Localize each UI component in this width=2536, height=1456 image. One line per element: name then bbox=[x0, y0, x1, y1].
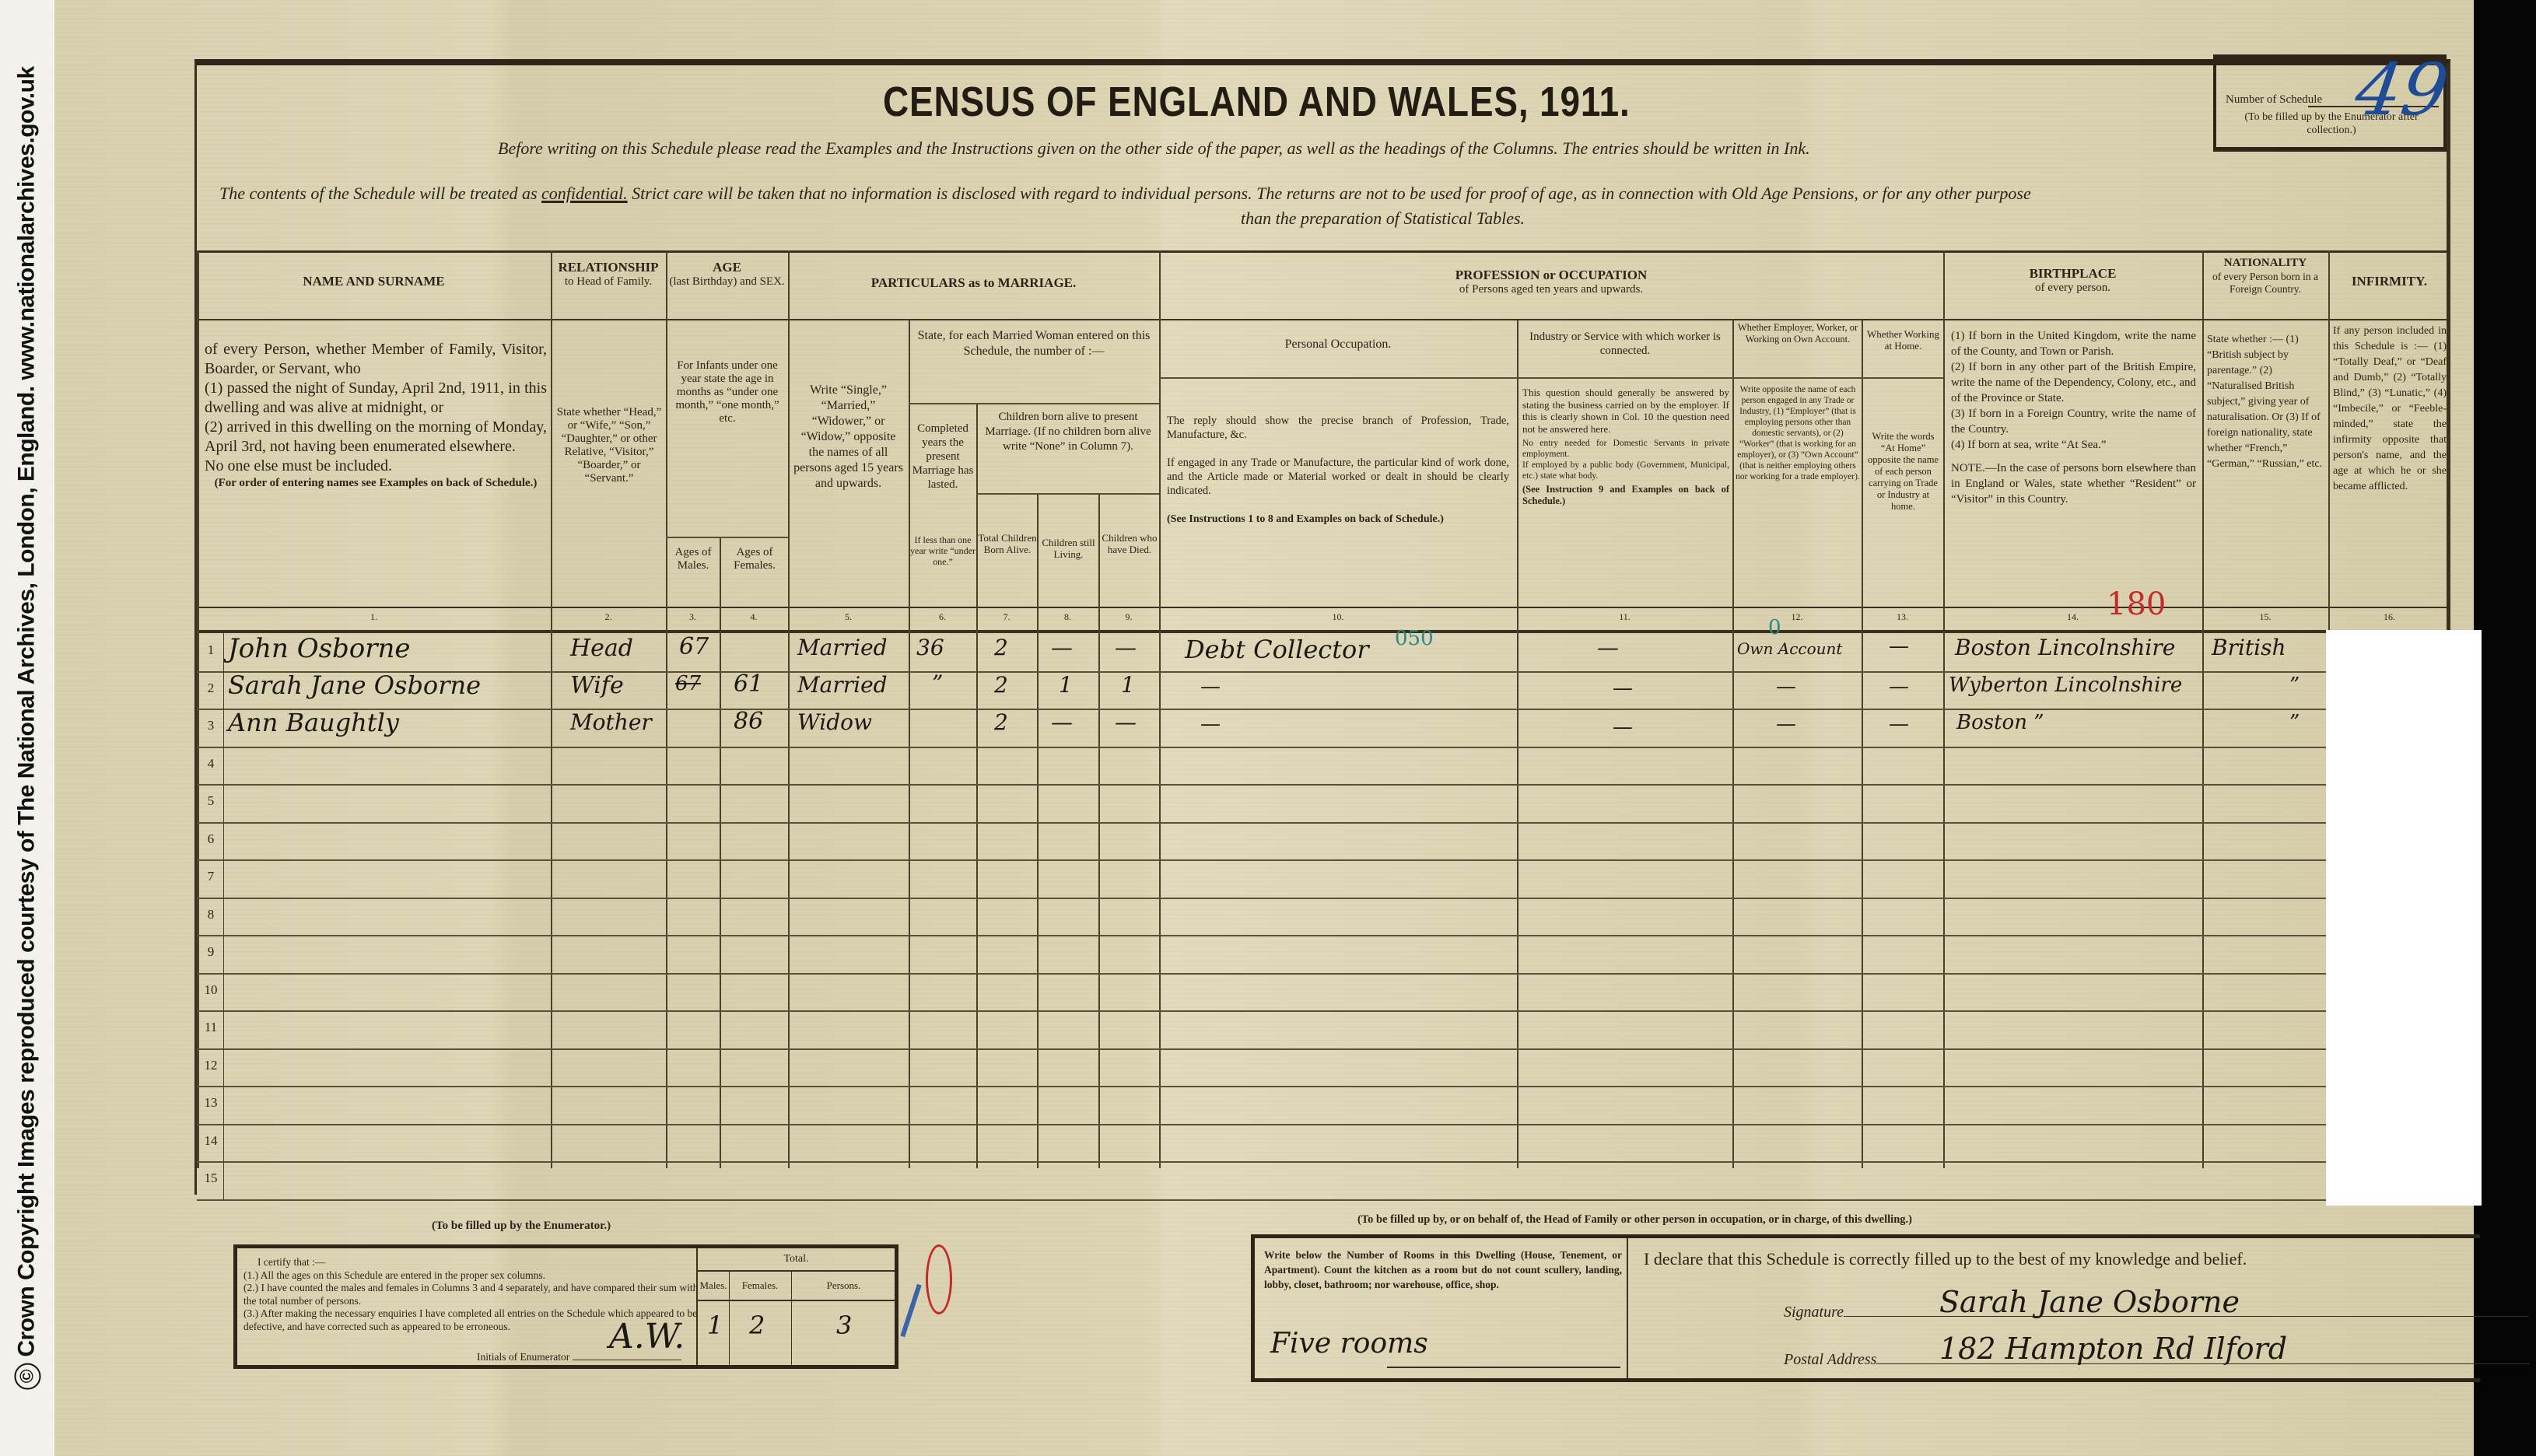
entry-name[interactable]: John Osborne bbox=[228, 633, 411, 664]
row-number: 13 bbox=[201, 1095, 220, 1111]
col-birthplace-note: NOTE.—In the case of persons born elsewh… bbox=[1951, 460, 2196, 507]
row-rule bbox=[197, 973, 2450, 975]
col-children-died: Children who have Died. bbox=[1100, 532, 1159, 555]
rooms-count[interactable]: Five rooms bbox=[1270, 1328, 1428, 1360]
row-number: 3 bbox=[201, 718, 220, 733]
entry-occupation[interactable]: — bbox=[1200, 712, 1221, 736]
address-label: Postal Address bbox=[1784, 1351, 1876, 1368]
scan-border bbox=[2474, 0, 2536, 1456]
entry-employer-status[interactable]: — bbox=[1776, 675, 1796, 698]
entry-children-living[interactable]: — bbox=[1051, 635, 1073, 660]
entry-children-total[interactable]: 2 bbox=[994, 709, 1008, 735]
row-number: 4 bbox=[201, 756, 220, 772]
rooms-box: Write below the Number of Rooms in this … bbox=[1255, 1238, 1628, 1378]
col-children-living: Children still Living. bbox=[1039, 537, 1098, 560]
col-number: 5. bbox=[788, 611, 909, 623]
col-marriage-years-note: If less than one year write “under one.” bbox=[910, 534, 976, 567]
col-nationality-subtitle: of every Person born in a Foreign Countr… bbox=[2202, 271, 2328, 296]
col-children-total: Total Children Born Alive. bbox=[978, 532, 1037, 555]
row-number: 8 bbox=[201, 907, 220, 922]
confidential-word: confidential. bbox=[541, 184, 628, 203]
entry-occupation[interactable]: — bbox=[1200, 675, 1221, 698]
total-females[interactable]: 2 bbox=[749, 1311, 765, 1340]
entry-birthplace[interactable]: Boston Lincolnshire bbox=[1955, 635, 2175, 660]
rooms-instruction: Write below the Number of Rooms in this … bbox=[1264, 1248, 1622, 1292]
entry-children-total[interactable]: 2 bbox=[994, 635, 1008, 660]
copyright-strip: ©Crown Copyright Images reproduced court… bbox=[0, 0, 54, 1456]
col-name-instructions: of every Person, whether Member of Famil… bbox=[205, 340, 547, 490]
enumerator-certificate-box: I certify that :— (1.) All the ages on t… bbox=[233, 1244, 898, 1369]
entry-nationality[interactable]: ” bbox=[2289, 711, 2300, 734]
row-rule bbox=[197, 1199, 2450, 1201]
entry-children-total[interactable]: 2 bbox=[994, 672, 1008, 698]
row-number: 1 bbox=[201, 642, 220, 658]
table-top-rule bbox=[197, 250, 2450, 253]
subheader-rule bbox=[1159, 377, 1943, 379]
entry-children-died[interactable]: 1 bbox=[1121, 672, 1135, 698]
birthplace-code-annotation: 180 bbox=[2107, 586, 2166, 622]
entry-employer-status[interactable]: — bbox=[1776, 712, 1796, 736]
certify-item-2: (2.) I have counted the males and female… bbox=[243, 1282, 702, 1307]
address-value[interactable]: 182 Hampton Rd Ilford bbox=[1939, 1332, 2287, 1366]
row-number: 15 bbox=[201, 1171, 220, 1186]
col-home-instructions: Write the words “At Home” opposite the n… bbox=[1865, 431, 1942, 513]
col-home: Whether Working at Home. bbox=[1863, 328, 1943, 352]
row-rule bbox=[197, 898, 2450, 899]
row-number-border bbox=[223, 633, 224, 1199]
row-number: 5 bbox=[201, 793, 220, 809]
col-industry-body-1: This question should generally be answer… bbox=[1522, 387, 1729, 435]
subheader-rule bbox=[909, 403, 1159, 404]
row-number: 6 bbox=[201, 831, 220, 847]
col-number: 11. bbox=[1517, 611, 1732, 623]
col-personal-occupation: Personal Occupation. bbox=[1159, 338, 1517, 352]
col-relationship-header: RELATIONSHIP to Head of Family. bbox=[551, 260, 666, 289]
col-age-header: AGE (last Birthday) and SEX. bbox=[666, 260, 788, 289]
signature-label: Signature bbox=[1784, 1304, 1844, 1321]
row-rule bbox=[197, 1010, 2450, 1012]
entry-age-female[interactable]: 86 bbox=[734, 708, 763, 735]
col-number: 4. bbox=[720, 611, 788, 623]
row-rule bbox=[197, 1048, 2450, 1050]
entry-at-home[interactable]: — bbox=[1889, 675, 1909, 698]
col-age-instructions: For Infants under one year state the age… bbox=[670, 359, 785, 425]
entry-occupation[interactable]: Debt Collector bbox=[1185, 635, 1369, 664]
copyright-icon: © bbox=[15, 1363, 41, 1390]
subheader-rule bbox=[666, 537, 788, 538]
col-age-title: AGE bbox=[666, 260, 788, 275]
enumerator-heading: (To be filled up by the Enumerator.) bbox=[432, 1220, 611, 1233]
col-employer-instructions: Write opposite the name of each person e… bbox=[1736, 384, 1860, 482]
col-personal-body-3: (See Instructions 1 to 8 and Examples on… bbox=[1167, 512, 1509, 527]
entry-children-died[interactable]: — bbox=[1115, 635, 1137, 660]
confidential-notice-line2: than the preparation of Statistical Tabl… bbox=[1241, 208, 1525, 229]
row-number: 7 bbox=[201, 869, 220, 884]
col-age-subtitle: (last Birthday) and SEX. bbox=[666, 275, 788, 289]
enumerator-certification: I certify that :— (1.) All the ages on t… bbox=[243, 1256, 702, 1333]
schedule-number-box: Number of Schedule (To be filled up by t… bbox=[2213, 54, 2447, 152]
females-label: Females. bbox=[729, 1279, 791, 1292]
subheader-rule bbox=[976, 493, 1159, 495]
col-number: 8. bbox=[1037, 611, 1098, 623]
certify-item-1: (1.) All the ages on this Schedule are e… bbox=[243, 1269, 702, 1283]
row-number: 14 bbox=[201, 1133, 220, 1149]
col-occupation-header: PROFESSION or OCCUPATION of Persons aged… bbox=[1159, 268, 1943, 296]
row-rule bbox=[197, 935, 2450, 936]
persons-label: Persons. bbox=[791, 1279, 896, 1292]
col-border bbox=[1732, 319, 1734, 1168]
entry-condition[interactable]: Married bbox=[797, 672, 888, 698]
red-circle-mark-icon bbox=[926, 1244, 952, 1314]
col-name-rule-2: (2) arrived in this dwelling on the morn… bbox=[205, 418, 547, 457]
col-nationality-instructions: State whether :— (1) “British subject by… bbox=[2207, 332, 2325, 472]
col-relationship-subtitle: to Head of Family. bbox=[551, 275, 666, 289]
col-marriage-years: Completed years the present Marriage has… bbox=[910, 422, 976, 492]
total-label: Total. bbox=[698, 1253, 895, 1265]
col-infirmity-instructions: If any person included in this Schedule … bbox=[2333, 324, 2447, 495]
head-declaration-box: Write below the Number of Rooms in this … bbox=[1251, 1234, 2480, 1382]
col-border bbox=[1037, 493, 1039, 1168]
row-rule bbox=[197, 822, 2450, 824]
entry-children-died[interactable]: — bbox=[1115, 709, 1137, 735]
col-number: 1. bbox=[197, 611, 551, 623]
entry-condition[interactable]: Widow bbox=[797, 709, 872, 735]
entry-birthplace[interactable]: Wyberton Lincolnshire bbox=[1949, 674, 2182, 697]
col-border bbox=[1862, 319, 1863, 1168]
col-personal-occupation-instructions: The reply should show the precise branch… bbox=[1167, 414, 1509, 527]
col-name-intro: of every Person, whether Member of Famil… bbox=[205, 340, 547, 379]
row-number: 9 bbox=[201, 944, 220, 960]
declaration-text: I declare that this Schedule is correctl… bbox=[1644, 1249, 2247, 1269]
entry-relationship[interactable]: Mother bbox=[570, 709, 652, 735]
page-title: CENSUS OF ENGLAND AND WALES, 1911. bbox=[883, 78, 1631, 126]
col-number: 3. bbox=[666, 611, 720, 623]
col-name-title: NAME AND SURNAME bbox=[197, 274, 551, 289]
entry-at-home[interactable]: — bbox=[1889, 712, 1909, 736]
col-relationship-instructions: State whether “Head,” or “Wife,” “Son,” … bbox=[555, 406, 664, 485]
col-border bbox=[976, 403, 978, 1168]
col-number: 9. bbox=[1098, 611, 1159, 623]
head-section-heading: (To be filled up by, or on behalf of, th… bbox=[1357, 1213, 1912, 1227]
entry-nationality[interactable]: British bbox=[2212, 635, 2286, 660]
signature-value[interactable]: Sarah Jane Osborne bbox=[1939, 1285, 2240, 1319]
certify-intro: I certify that :— bbox=[243, 1256, 702, 1269]
row-rule bbox=[197, 671, 2450, 673]
col-border bbox=[1517, 319, 1518, 1168]
col-marriage-condition: Write “Single,” “Married,” “Widower,” or… bbox=[792, 383, 905, 492]
total-persons[interactable]: 3 bbox=[836, 1311, 852, 1340]
row-rule bbox=[197, 747, 2450, 748]
confidential-suffix: Strict care will be taken that no inform… bbox=[628, 184, 2031, 203]
entry-industry[interactable]: — bbox=[1613, 716, 1633, 739]
col-relationship-title: RELATIONSHIP bbox=[551, 260, 666, 275]
row-rule bbox=[197, 859, 2450, 861]
entry-relationship[interactable]: Head bbox=[570, 635, 633, 662]
col-nationality-header: NATIONALITY of every Person born in a Fo… bbox=[2202, 255, 2328, 296]
entry-name[interactable]: Sarah Jane Osborne bbox=[228, 670, 481, 700]
col-industry: Industry or Service with which worker is… bbox=[1519, 330, 1731, 358]
col-personal-body-2: If engaged in any Trade or Manufacture, … bbox=[1167, 456, 1509, 498]
col-infirmity-title: INFIRMITY. bbox=[2328, 274, 2450, 289]
confidential-prefix: The contents of the Schedule will be tre… bbox=[219, 184, 541, 203]
col-birthplace-body-2: (2) If born in any other part of the Bri… bbox=[1951, 359, 2196, 406]
col-number: 16. bbox=[2328, 611, 2450, 623]
entry-years-married[interactable]: 36 bbox=[916, 635, 944, 660]
col-name-rule-1: (1) passed the night of Sunday, April 2n… bbox=[205, 379, 547, 418]
entry-relationship[interactable]: Wife bbox=[570, 672, 624, 699]
col-age-females: Ages of Females. bbox=[721, 546, 788, 572]
col-employer: Whether Employer, Worker, or Working on … bbox=[1734, 322, 1862, 345]
totals-table: Total. Males. Females. Persons. 1 2 3 bbox=[696, 1248, 895, 1365]
col-name-rule-3: No one else must be included. bbox=[205, 457, 547, 476]
col-number: 6. bbox=[909, 611, 976, 623]
col-nationality-title: NATIONALITY bbox=[2202, 255, 2328, 271]
entry-age-male[interactable]: 67 bbox=[679, 633, 709, 660]
row-number: 2 bbox=[201, 681, 220, 696]
entry-years-married[interactable]: ” bbox=[932, 670, 943, 696]
row-rule bbox=[197, 1086, 2450, 1087]
row-number: 12 bbox=[201, 1058, 220, 1073]
col-birthplace-body-1: (1) If born in the United Kingdom, write… bbox=[1951, 328, 2196, 359]
schedule-frame bbox=[194, 59, 2450, 1195]
redacted-area bbox=[2326, 630, 2482, 1206]
copyright-text: Crown Copyright Images reproduced courte… bbox=[13, 66, 39, 1356]
col-border bbox=[720, 537, 721, 1168]
col-number: 10. bbox=[1159, 611, 1517, 623]
col-industry-body-4: (See Instruction 9 and Examples on back … bbox=[1522, 484, 1729, 507]
col-birthplace-instructions: (1) If born in the United Kingdom, write… bbox=[1951, 328, 2196, 507]
entry-condition[interactable]: Married bbox=[797, 635, 888, 660]
schedule-number-label: Number of Schedule bbox=[2226, 93, 2322, 107]
entry-age-female[interactable]: 61 bbox=[734, 670, 763, 698]
initials-label: Initials of Enumerator bbox=[477, 1351, 569, 1363]
col-marriage-children: Children born alive to present Marriage.… bbox=[979, 410, 1157, 454]
col-age-males: Ages of Males. bbox=[667, 546, 719, 572]
entry-children-living[interactable]: — bbox=[1051, 709, 1073, 735]
col-birthplace-body-3: (3) If born in a Foreign Country, write … bbox=[1951, 406, 2196, 437]
col-birthplace-header: BIRTHPLACE of every person. bbox=[1943, 266, 2202, 295]
entry-employer-code: 0 bbox=[1768, 616, 1781, 639]
col-occupation-subtitle: of Persons aged ten years and upwards. bbox=[1159, 283, 1943, 296]
col-industry-body-3: If employed by a public body (Government… bbox=[1522, 460, 1729, 481]
entry-at-home[interactable]: — bbox=[1889, 635, 1909, 658]
col-marriage-woman: State, for each Married Woman entered on… bbox=[912, 328, 1155, 359]
row-rule bbox=[197, 709, 2450, 710]
row-rule bbox=[197, 1124, 2450, 1125]
schedule-number-value[interactable]: 49 bbox=[2350, 48, 2453, 131]
col-occupation-title: PROFESSION or OCCUPATION bbox=[1159, 268, 1943, 283]
row-rule bbox=[197, 1161, 2450, 1163]
col-name-note: (For order of entering names see Example… bbox=[205, 476, 547, 490]
col-number: 13. bbox=[1862, 611, 1943, 623]
total-males[interactable]: 1 bbox=[707, 1311, 723, 1340]
col-personal-body-1: The reply should show the precise branch… bbox=[1167, 414, 1509, 442]
col-industry-body-2: No entry needed for Domestic Servants in… bbox=[1522, 438, 1729, 460]
entry-employer-status[interactable]: Own Account bbox=[1737, 639, 1842, 658]
col-number: 7. bbox=[976, 611, 1037, 623]
entry-birthplace[interactable]: Boston ” bbox=[1956, 711, 2044, 734]
entry-industry[interactable]: — bbox=[1597, 635, 1619, 660]
entry-children-living[interactable]: 1 bbox=[1059, 672, 1073, 698]
confidential-notice: The contents of the Schedule will be tre… bbox=[219, 184, 2031, 204]
row-number: 11 bbox=[201, 1020, 220, 1035]
entry-name[interactable]: Ann Baughtly bbox=[228, 708, 399, 737]
entry-industry[interactable]: — bbox=[1613, 677, 1633, 700]
colnum-bottom-rule bbox=[197, 630, 2450, 633]
entry-occupation-code: 050 bbox=[1395, 627, 1434, 650]
row-rule bbox=[197, 784, 2450, 786]
header-divider bbox=[197, 319, 2450, 320]
col-birthplace-subtitle: of every person. bbox=[1943, 282, 2202, 295]
ink-instruction: Before writing on this Schedule please r… bbox=[498, 138, 1810, 159]
col-border bbox=[1098, 493, 1100, 1168]
col-number: 15. bbox=[2202, 611, 2328, 623]
col-birthplace-title: BIRTHPLACE bbox=[1943, 266, 2202, 282]
males-label: Males. bbox=[698, 1279, 729, 1292]
row-number: 10 bbox=[201, 982, 220, 998]
col-industry-instructions: This question should generally be answer… bbox=[1522, 387, 1729, 507]
col-number: 12. bbox=[1732, 611, 1862, 623]
col-number: 2. bbox=[551, 611, 666, 623]
enumerator-initials[interactable]: A.W. bbox=[609, 1331, 685, 1344]
copyright-notice: ©Crown Copyright Images reproduced court… bbox=[13, 66, 40, 1389]
entry-age-male-struck: 67 bbox=[675, 672, 701, 695]
col-marriage-title: PARTICULARS as to MARRIAGE. bbox=[788, 275, 1159, 291]
entry-nationality[interactable]: ” bbox=[2289, 674, 2300, 697]
col-birthplace-body-4: (4) If born at sea, write “At Sea.” bbox=[1951, 437, 2196, 453]
